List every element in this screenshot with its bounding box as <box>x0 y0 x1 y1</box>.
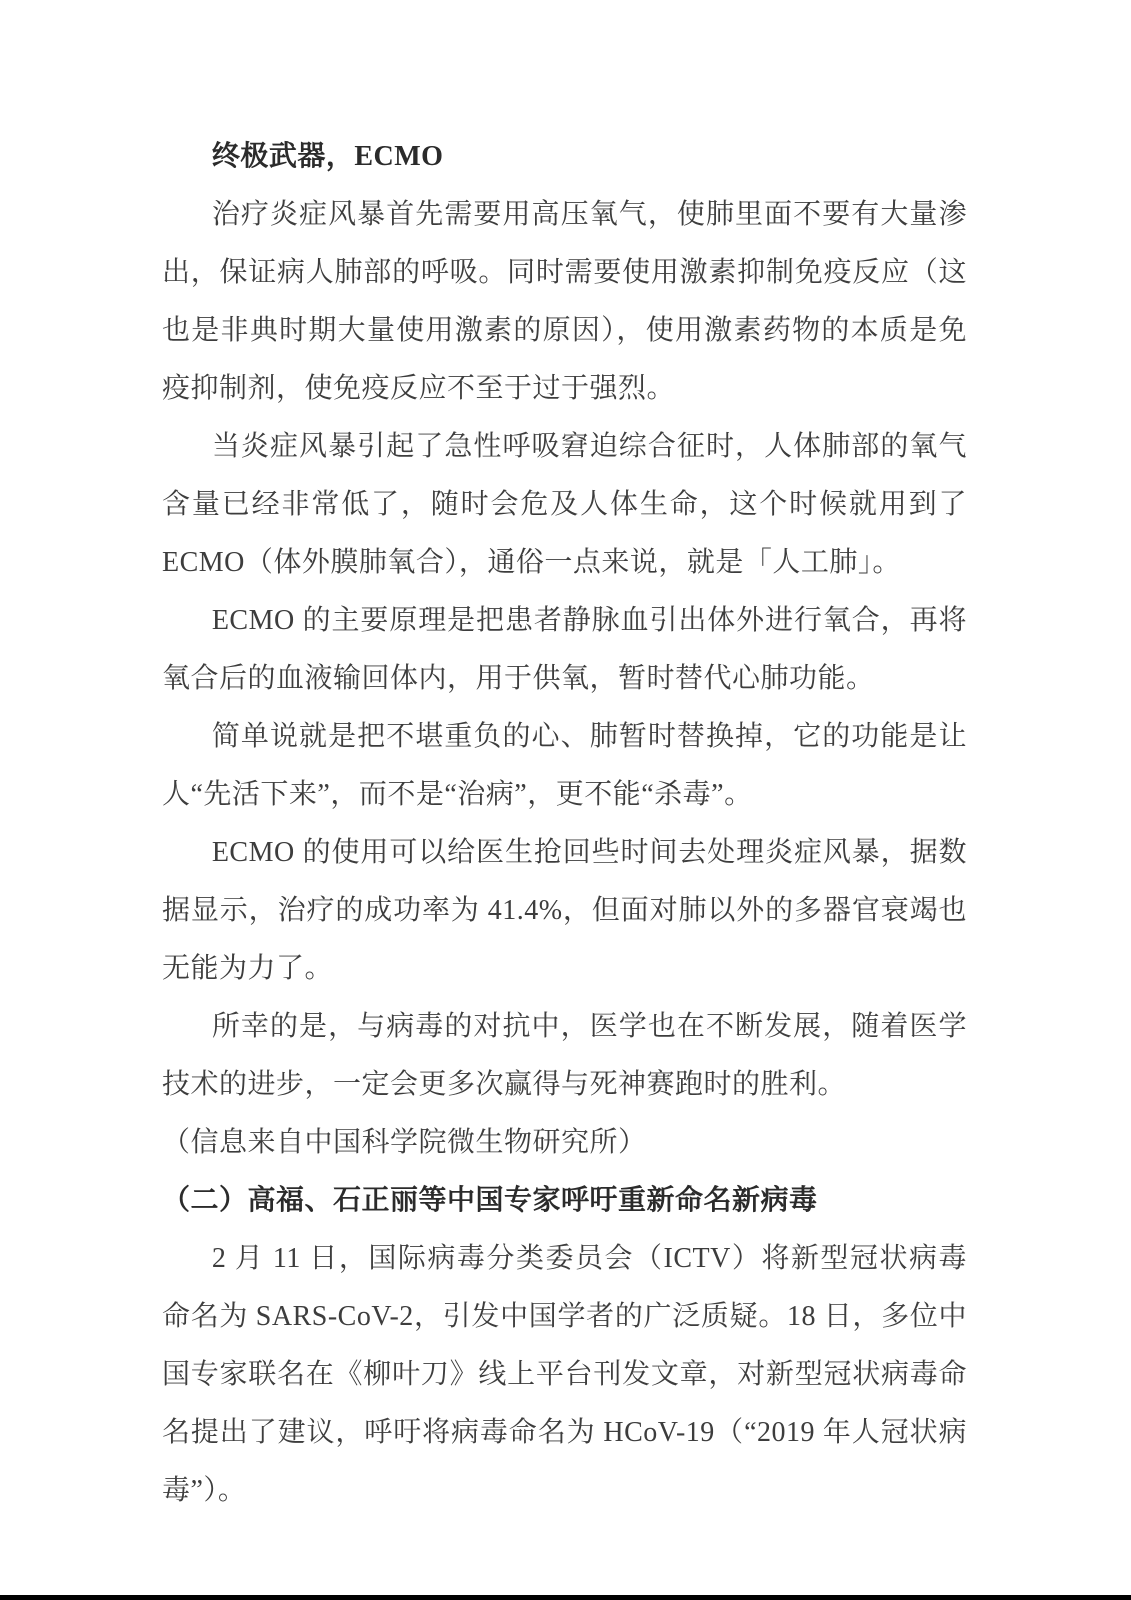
section-heading-ecmo: 终极武器，ECMO <box>162 128 967 186</box>
paragraph-ecmo-3: ECMO 的主要原理是把患者静脉血引出体外进行氧合，再将氧合后的血液输回体内，用… <box>162 592 967 708</box>
paragraph-ecmo-1: 治疗炎症风暴首先需要用高压氧气，使肺里面不要有大量渗出，保证病人肺部的呼吸。同时… <box>162 186 967 418</box>
page-bottom-edge <box>0 1595 1131 1600</box>
paragraph-ecmo-4: 简单说就是把不堪重负的心、肺暂时替换掉，它的功能是让人“先活下来”，而不是“治病… <box>162 708 967 824</box>
paragraph-renaming-1: 2 月 11 日，国际病毒分类委员会（ICTV）将新型冠状病毒命名为 SARS-… <box>162 1230 967 1520</box>
document-page: 终极武器，ECMO 治疗炎症风暴首先需要用高压氧气，使肺里面不要有大量渗出，保证… <box>0 0 1131 1600</box>
paragraph-ecmo-6: 所幸的是，与病毒的对抗中，医学也在不断发展，随着医学技术的进步，一定会更多次赢得… <box>162 998 967 1114</box>
section-heading-renaming: （二）高福、石正丽等中国专家呼吁重新命名新病毒 <box>162 1172 967 1230</box>
source-note: （信息来自中国科学院微生物研究所） <box>162 1114 967 1172</box>
paragraph-ecmo-2: 当炎症风暴引起了急性呼吸窘迫综合征时，人体肺部的氧气含量已经非常低了，随时会危及… <box>162 418 967 592</box>
paragraph-ecmo-5: ECMO 的使用可以给医生抢回些时间去处理炎症风暴，据数据显示，治疗的成功率为 … <box>162 824 967 998</box>
